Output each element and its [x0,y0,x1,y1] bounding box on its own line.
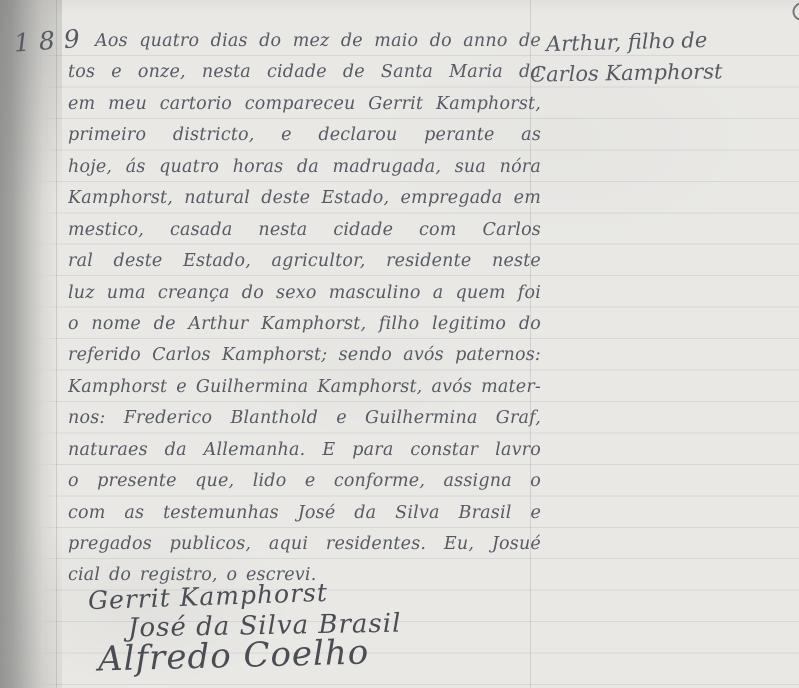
margin-annotation-line: Arthur, filho de [546,28,708,56]
manuscript-line: naturaes da Allemanha. E para constar la… [68,435,541,466]
manuscript-line: em meu cartorio compareceu Gerrit Kampho… [68,89,541,120]
manuscript-line: ral deste Estado, agricultor, residente … [68,246,541,277]
scanned-register-page: 189 Arthur, filho de Carlos Kamphorst Ao… [0,0,799,688]
left-margin-rule [56,0,57,688]
margin-annotation-line: Carlos Kamphorst [530,59,723,86]
manuscript-line: tos e onze, nesta cidade de Santa Maria … [68,57,541,88]
binding-gutter-shadow [0,0,62,688]
manuscript-line: Kamphorst, natural deste Estado, emprega… [68,183,541,214]
manuscript-line: pregados publicos, aqui residentes. Eu, … [68,529,541,560]
manuscript-line: Kamphorst e Guilhermina Kamphorst, avós … [68,372,541,403]
manuscript-line: o presente que, lido e conforme, assigna… [68,466,541,497]
page-corner-mark-icon [777,2,799,28]
manuscript-body: Aos quatro dias do mez de maio do anno d… [68,26,541,592]
manuscript-line: hoje, ás quatro horas da madrugada, sua … [68,152,541,183]
manuscript-line: luz uma creança do sexo masculino a quem… [68,278,541,309]
manuscript-line: com as testemunhas José da Silva Brasil … [68,498,541,529]
manuscript-line: primeiro districto, e declarou perante a… [68,120,541,151]
manuscript-line: mestico, casada nesta cidade com Carlos … [68,215,541,246]
manuscript-line: Aos quatro dias do mez de maio do anno d… [68,26,541,57]
manuscript-line: o nome de Arthur Kamphorst, filho legiti… [68,309,541,340]
signature-witness-2: Alfredo Coelho [98,632,370,679]
manuscript-line: referido Carlos Kamphorst; sendo avós pa… [68,340,541,371]
manuscript-line: nos: Frederico Blanthold e Guilhermina G… [68,403,541,434]
